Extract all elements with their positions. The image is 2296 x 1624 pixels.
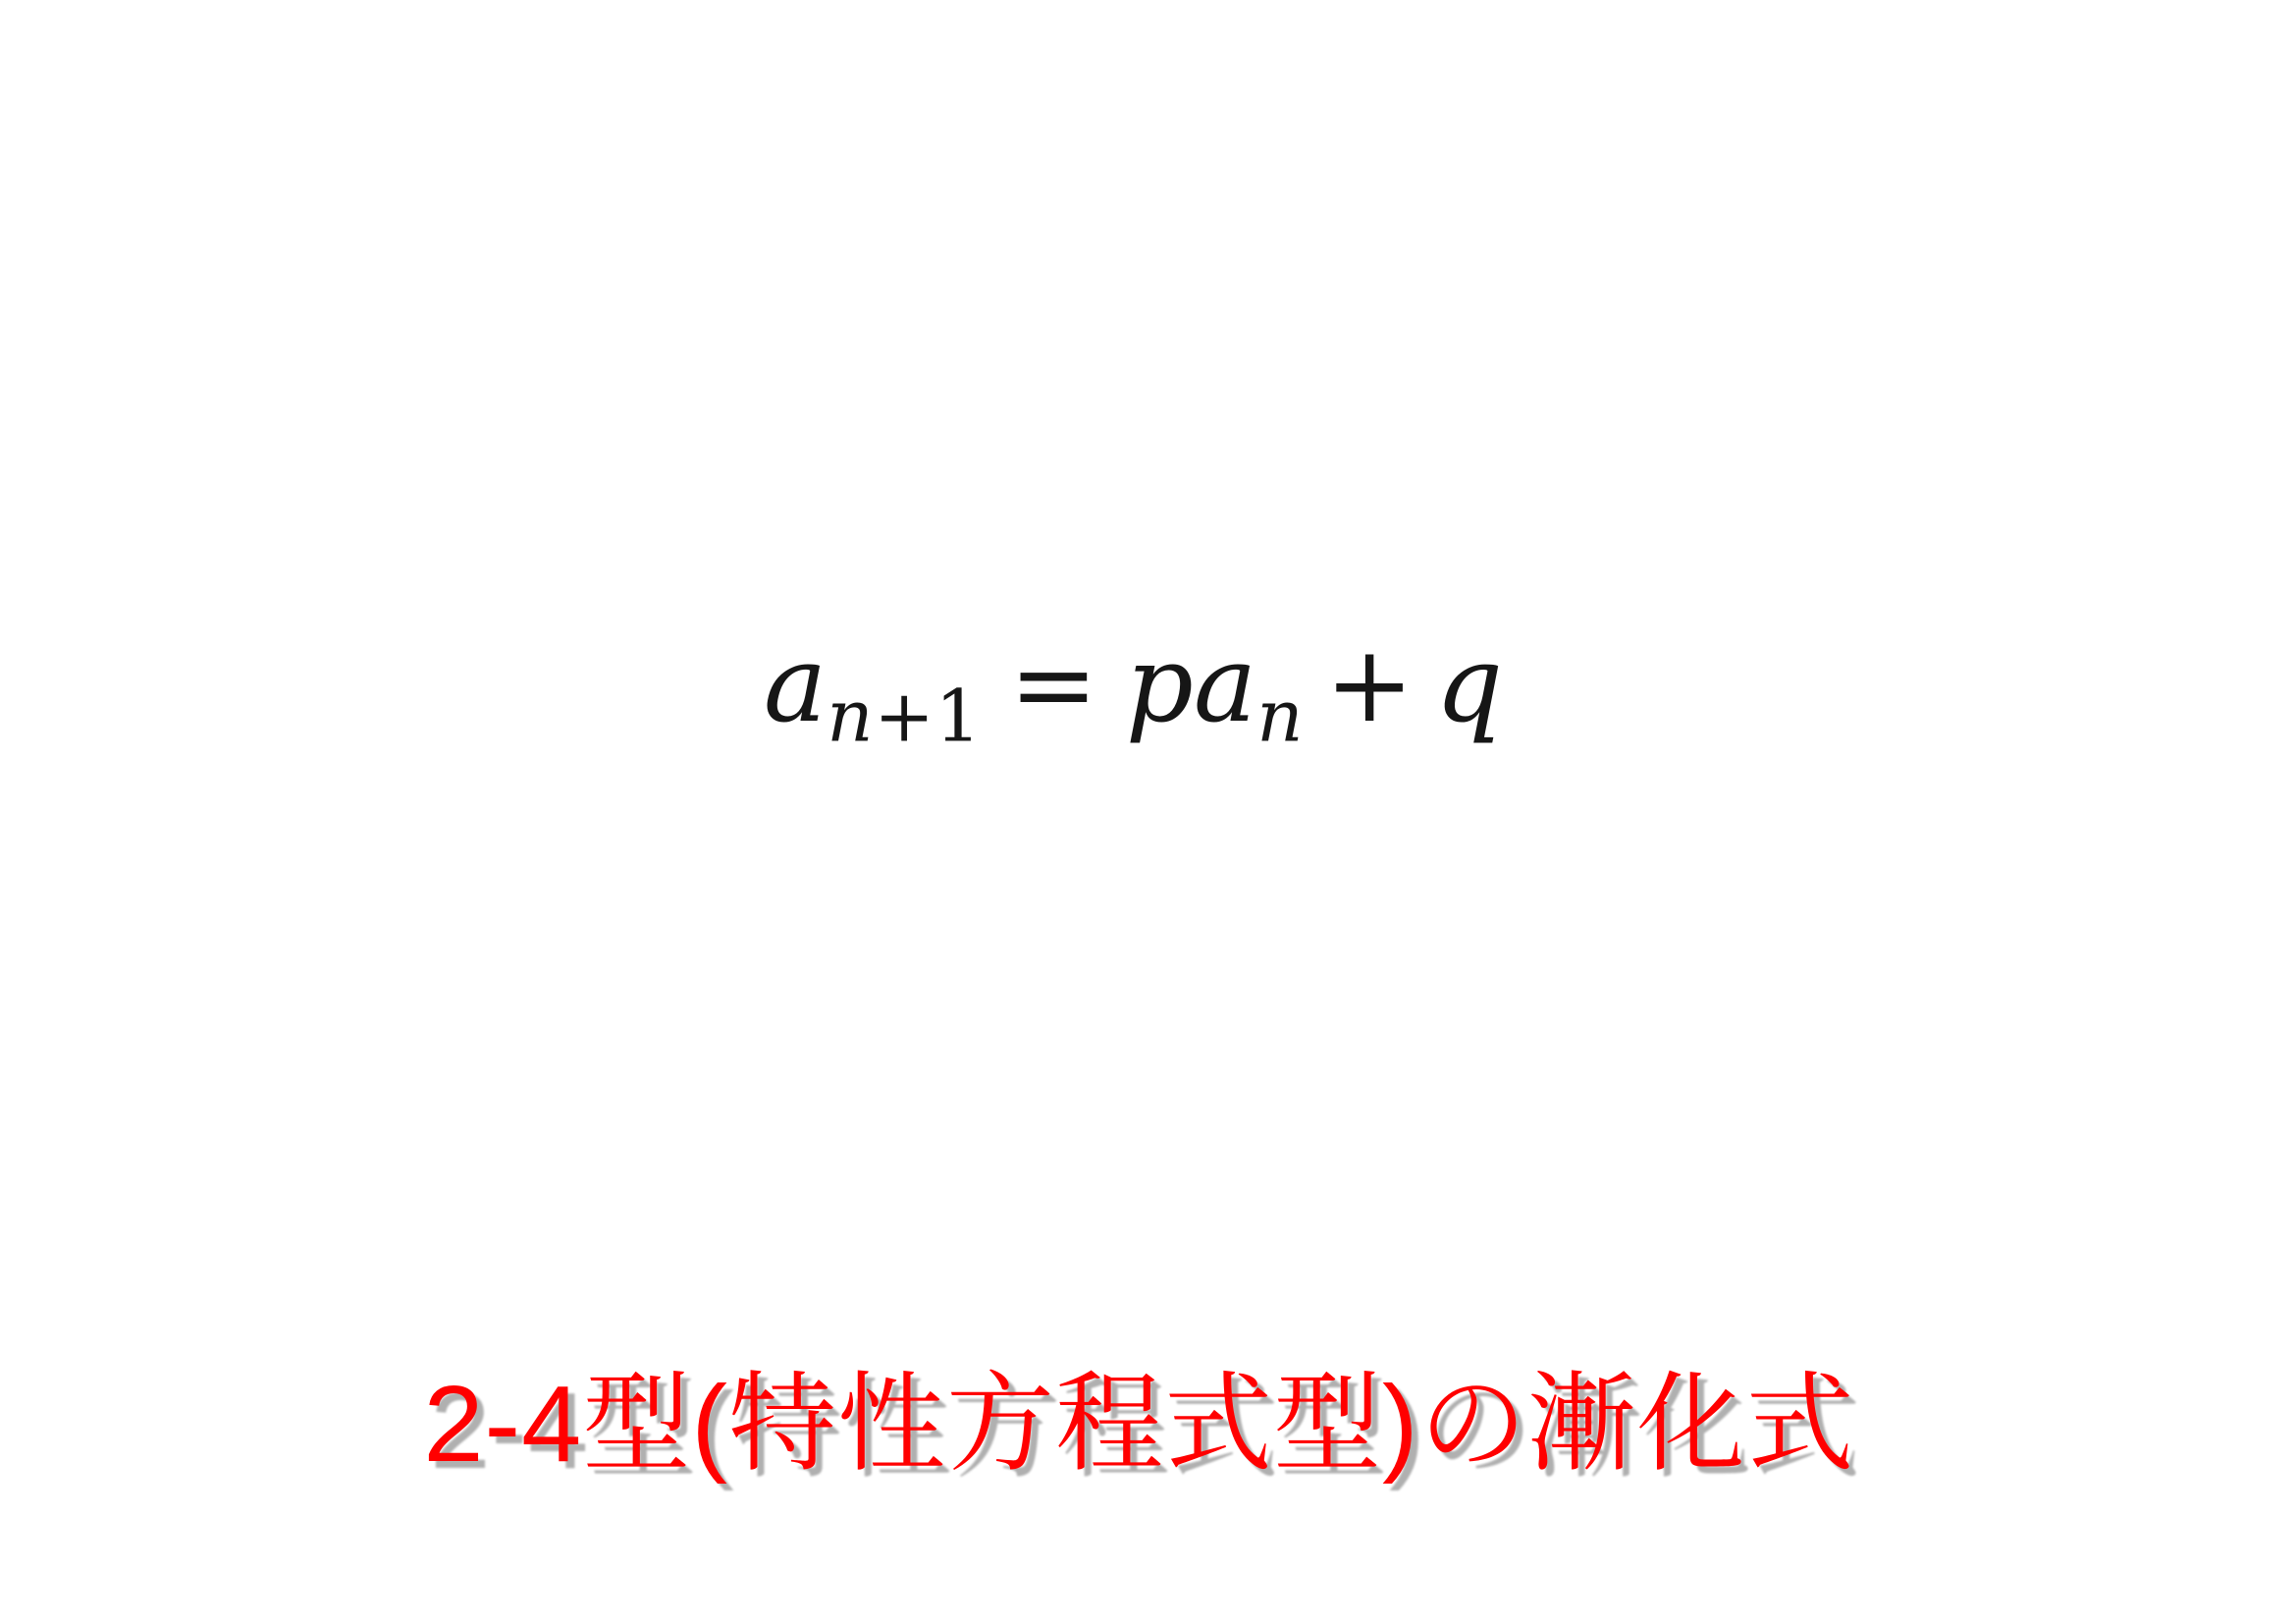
formula-subscript-plus-1: +1 bbox=[874, 676, 982, 759]
formula-term-q: q bbox=[1435, 623, 1503, 746]
formula-subscript-n: n bbox=[1256, 676, 1304, 759]
recurrence-formula: an+1=pan+q bbox=[0, 632, 2281, 753]
formula-subscript-n-plus-1: n+1 bbox=[827, 676, 982, 759]
formula-plus-sign: + bbox=[1325, 623, 1415, 746]
presentation-slide: an+1=pan+q 2-4型(特性方程式型)の漸化式 bbox=[0, 0, 2296, 1624]
formula-subscript-var-n: n bbox=[827, 676, 874, 759]
formula-term-a: a bbox=[764, 623, 827, 746]
formula-term-pa: pa bbox=[1126, 623, 1257, 746]
slide-title: 2-4型(特性方程式型)の漸化式 bbox=[0, 1371, 2287, 1479]
formula-equals-sign: = bbox=[1009, 623, 1098, 746]
